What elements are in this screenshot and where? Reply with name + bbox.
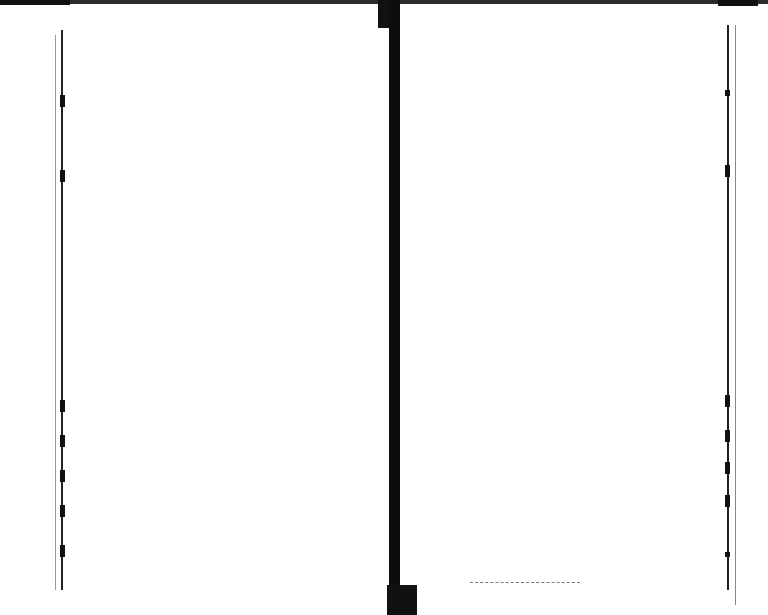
edge-mark	[718, 0, 758, 6]
scan-top-edge-mark	[0, 0, 70, 5]
page-footer-marks	[470, 582, 580, 583]
edge-mark	[60, 95, 65, 107]
edge-mark	[60, 435, 65, 447]
edge-mark	[60, 170, 65, 182]
edge-mark	[725, 495, 730, 507]
book-gutter	[389, 0, 400, 615]
edge-mark	[725, 552, 730, 557]
left-page	[70, 10, 385, 590]
edge-mark	[60, 505, 65, 517]
edge-mark	[725, 90, 730, 96]
gutter-bottom	[387, 585, 417, 615]
left-page-edge-line	[55, 35, 56, 590]
edge-mark	[725, 395, 730, 407]
edge-mark	[725, 462, 730, 474]
edge-mark	[60, 470, 65, 482]
edge-mark	[60, 545, 65, 557]
edge-mark	[60, 400, 65, 412]
edge-mark	[725, 430, 730, 442]
edge-mark	[725, 165, 730, 177]
right-page	[405, 10, 723, 590]
right-page-edge-line	[735, 25, 736, 605]
